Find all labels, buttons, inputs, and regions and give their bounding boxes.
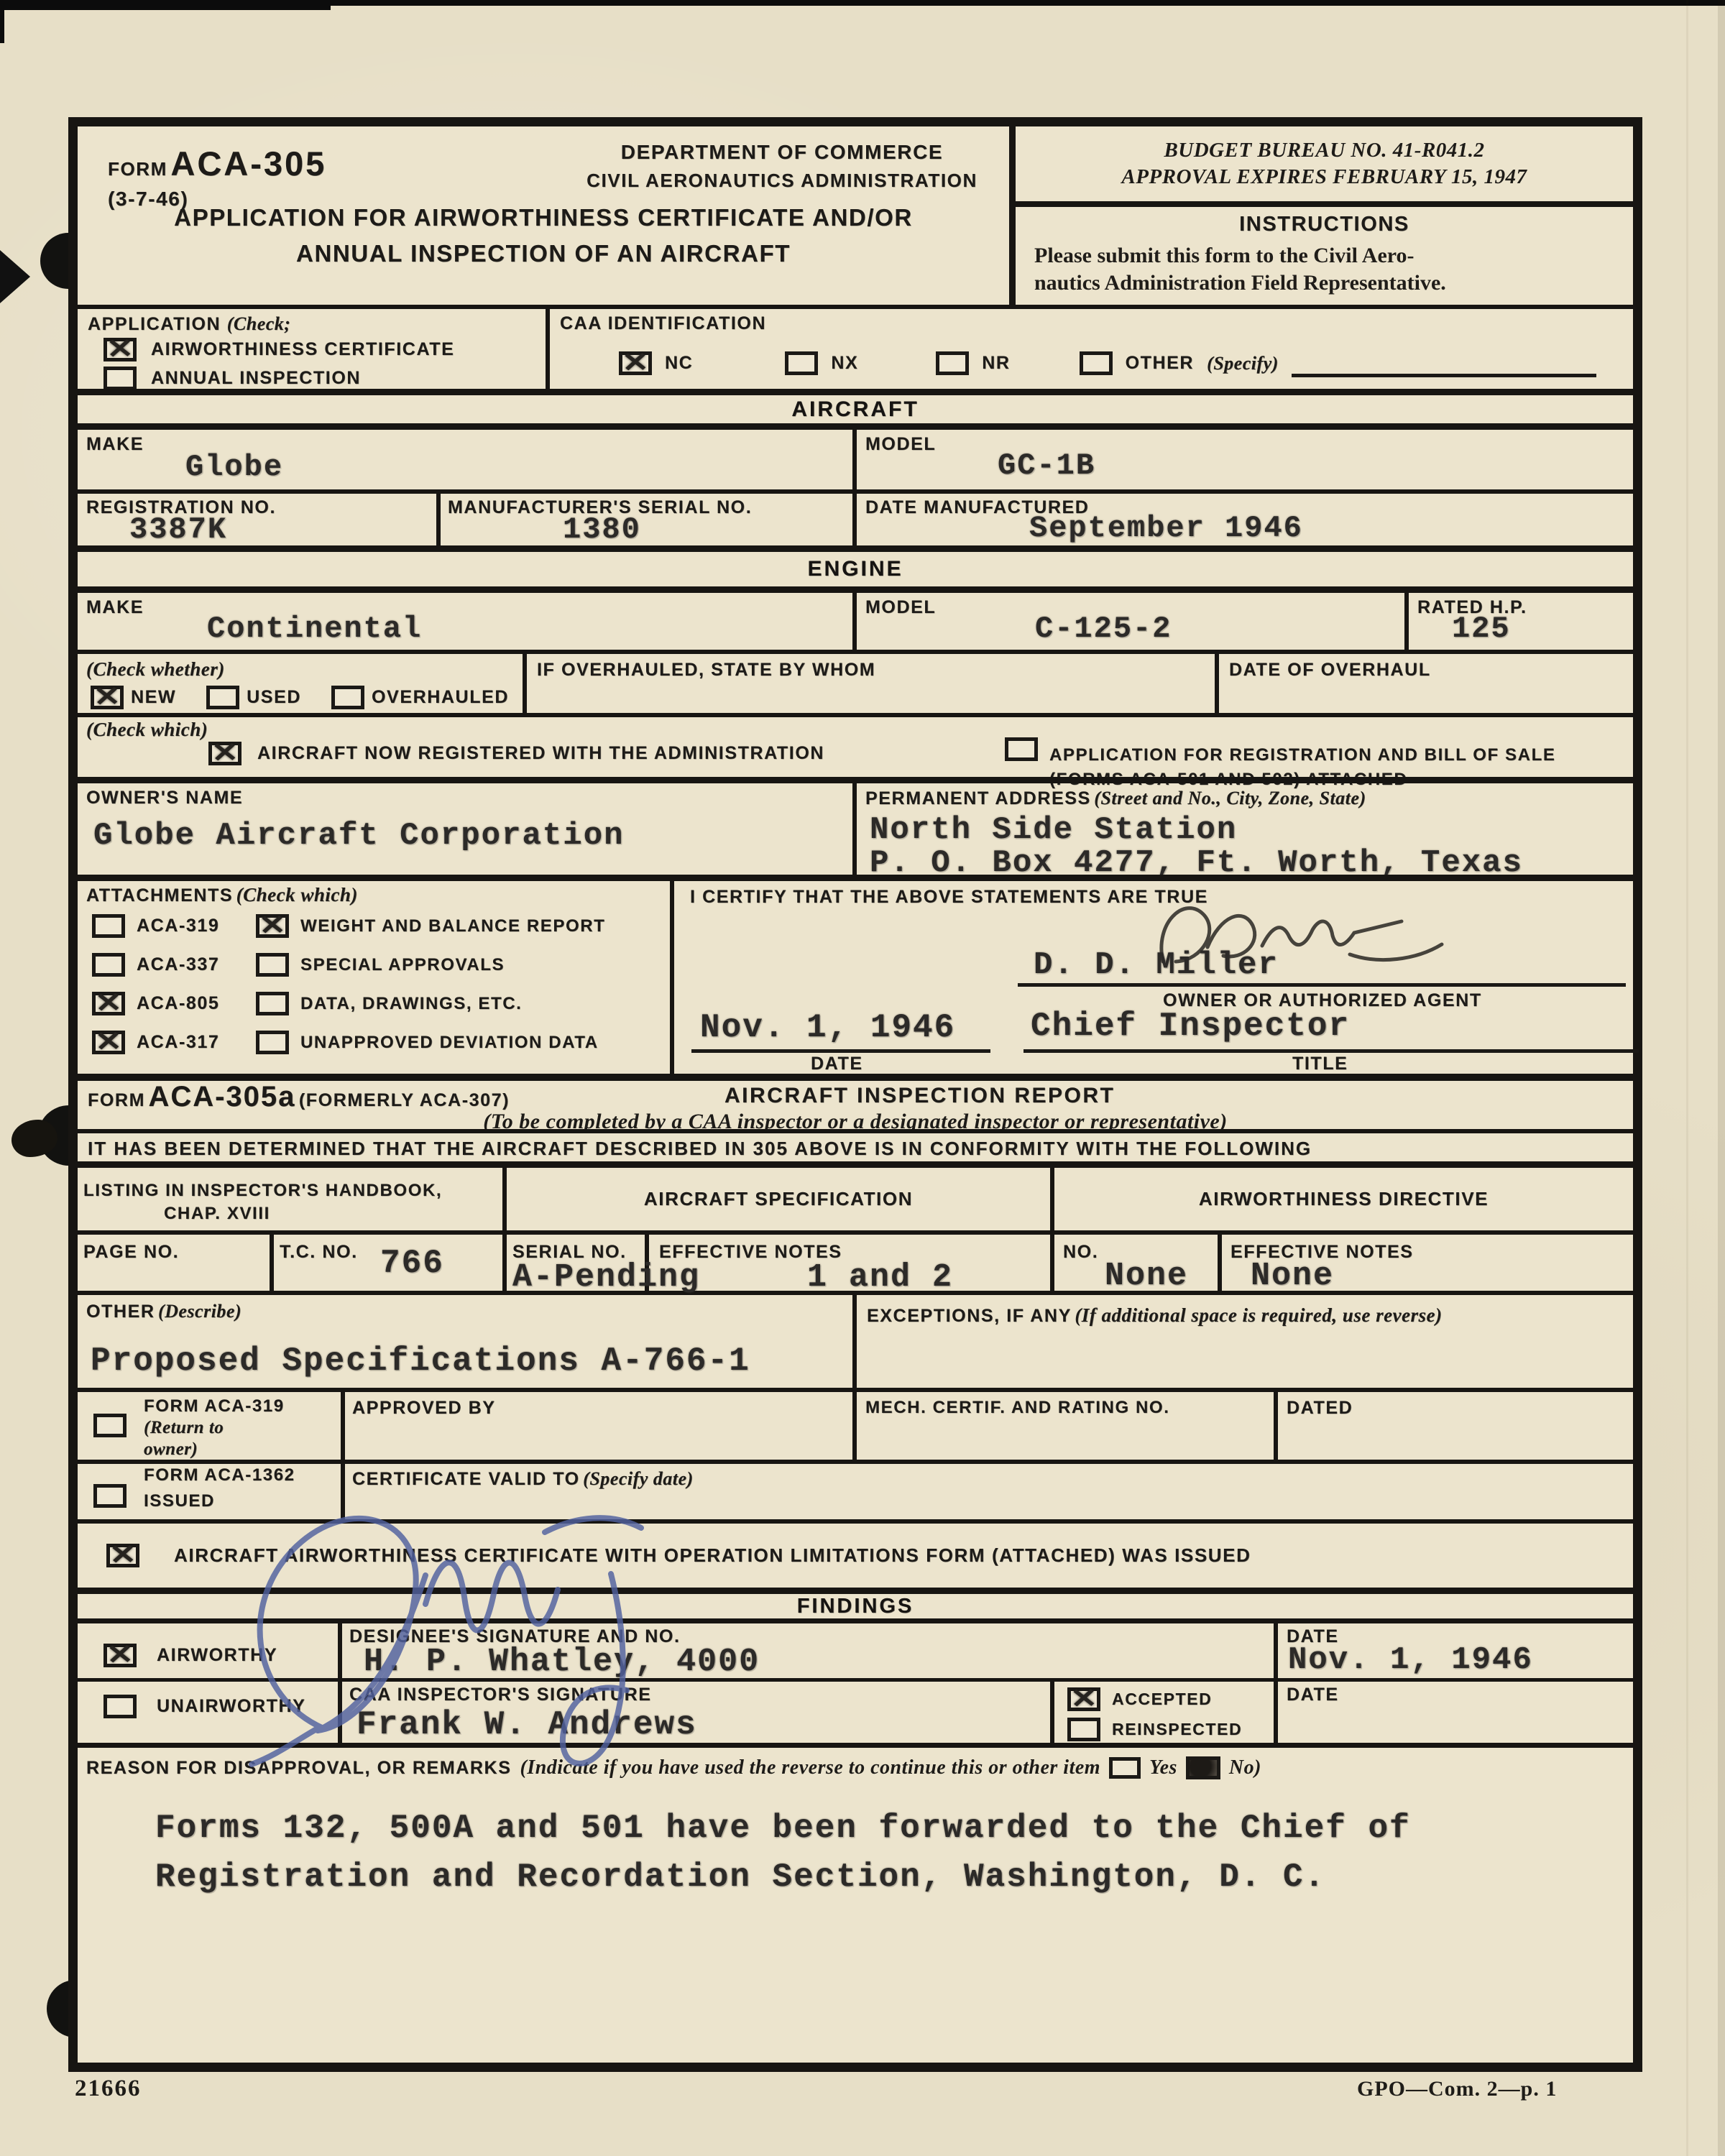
- registration-value: 3387K: [129, 512, 227, 547]
- aircraft-make-value: Globe: [185, 450, 283, 484]
- exceptions-cell: EXCEPTIONS, IF ANY (If additional space …: [852, 1295, 1633, 1388]
- engine-make-value: Continental: [207, 612, 422, 646]
- form-aca-1362-label-block: FORM ACA-1362 ISSUED: [144, 1465, 295, 1511]
- remarks-typed-block: Forms 132, 500A and 501 have been forwar…: [155, 1810, 1411, 1896]
- scan-edge-left: [0, 0, 4, 43]
- other-specify-input[interactable]: [1292, 349, 1596, 377]
- dated-cell: DATED: [1274, 1392, 1633, 1460]
- form-title-line2: ANNUAL INSPECTION OF AN AIRCRAFT: [78, 240, 1009, 267]
- unairworthy-checkbox[interactable]: [103, 1695, 137, 1718]
- scanned-form-page: FORM ACA-305 (3-7-46) DEPARTMENT OF COMM…: [0, 0, 1725, 2156]
- scan-edge-right: [1718, 0, 1725, 2156]
- caa-inspector-label: CAA INSPECTOR'S SIGNATURE: [349, 1685, 652, 1705]
- other-cell: OTHER (Describe) Proposed Specifications…: [78, 1295, 852, 1388]
- caa-identification-cell: CAA IDENTIFICATION NC NX NR OTHER (Speci…: [546, 309, 1633, 389]
- reason-remarks-row: REASON FOR DISAPPROVAL, OR REMARKS (Indi…: [78, 1743, 1633, 2063]
- aircraft-model-cell: MODEL GC-1B: [852, 430, 1633, 489]
- handbook-header-line1: LISTING IN INSPECTOR'S HANDBOOK,: [83, 1181, 442, 1201]
- exceptions-label-note: (If additional space is required, use re…: [1075, 1304, 1442, 1326]
- certificate-valid-note: (Specify date): [583, 1468, 694, 1489]
- engine-condition-cell: (Check whether) NEW USED OVERHAULED: [78, 654, 523, 713]
- owner-signature-typed: D. D. Miller: [1034, 947, 1279, 983]
- aircraft-model-value: GC-1B: [998, 448, 1095, 483]
- caa-options-row: NC NX NR OTHER (Specify): [619, 349, 1611, 377]
- aircraft-spec-col-header: AIRCRAFT SPECIFICATION: [502, 1168, 1050, 1230]
- special-approvals-label: SPECIAL APPROVALS: [300, 955, 505, 975]
- accepted-checkbox[interactable]: [1067, 1687, 1100, 1711]
- aca-317-label: ACA-317: [137, 1032, 244, 1053]
- other-label-note: (Describe): [158, 1301, 241, 1322]
- certify-date-rule: [691, 1049, 990, 1053]
- form-header-right: BUDGET BUREAU NO. 41-R041.2 APPROVAL EXP…: [1009, 126, 1633, 305]
- data-drawings-checkbox[interactable]: [256, 992, 289, 1015]
- scan-edge-top-left: [0, 0, 331, 10]
- aca1362-cell: FORM ACA-1362 ISSUED: [78, 1464, 341, 1519]
- designee-signature-cell: DESIGNEE'S SIGNATURE AND NO. H. P. Whatl…: [338, 1623, 1274, 1678]
- overhauled-by-label: IF OVERHAULED, STATE BY WHOM: [537, 660, 875, 681]
- determination-cell: IT HAS BEEN DETERMINED THAT THE AIRCRAFT…: [78, 1133, 1633, 1161]
- owner-signature-rule: [1018, 983, 1626, 987]
- ad-effective-notes-value: None: [1251, 1258, 1334, 1294]
- overhaul-date-cell: DATE OF OVERHAUL: [1215, 654, 1633, 713]
- spec-serial-cell: SERIAL NO. A-Pending: [502, 1235, 645, 1291]
- inspection-formerly: (FORMERLY ACA-307): [299, 1090, 510, 1110]
- airworthiness-directive-col-header: AIRWORTHINESS DIRECTIVE: [1050, 1168, 1633, 1230]
- owner-name-label: OWNER'S NAME: [86, 788, 243, 808]
- reason-label: REASON FOR DISAPPROVAL, OR REMARKS: [86, 1758, 511, 1779]
- attachments-label: ATTACHMENTS (Check which): [86, 884, 358, 906]
- reason-remarks-cell: REASON FOR DISAPPROVAL, OR REMARKS (Indi…: [78, 1748, 1633, 2063]
- engine-section-band: ENGINE: [78, 545, 1633, 586]
- effective-notes-cell: EFFECTIVE NOTES 1 and 2: [645, 1235, 1050, 1291]
- inspection-form-number: ACA-305a: [148, 1081, 295, 1112]
- weight-balance-label: WEIGHT AND BALANCE REPORT: [300, 916, 605, 936]
- aca-805-label: ACA-805: [137, 993, 244, 1014]
- registered-checkbox[interactable]: [208, 742, 241, 765]
- aca-337-label: ACA-337: [137, 954, 244, 975]
- registration-status-cell: (Check which) AIRCRAFT NOW REGISTERED WI…: [78, 717, 1633, 777]
- aca-337-checkbox[interactable]: [92, 953, 125, 977]
- tc-no-value: 766: [380, 1245, 444, 1282]
- aircraft-registration-row: REGISTRATION NO. 3387K MANUFACTURER'S SE…: [78, 489, 1633, 545]
- registration-cell: REGISTRATION NO. 3387K: [78, 494, 436, 545]
- aca1362-row: FORM ACA-1362 ISSUED CERTIFICATE VALID T…: [78, 1460, 1633, 1519]
- certify-date-label: DATE: [811, 1054, 863, 1074]
- reason-no-label: No): [1229, 1756, 1261, 1779]
- certify-title-rule: [1023, 1049, 1639, 1053]
- annual-inspection-checkbox[interactable]: [103, 367, 137, 390]
- aca-305-form: FORM ACA-305 (3-7-46) DEPARTMENT OF COMM…: [68, 117, 1642, 2072]
- findings-row-1: AIRWORTHY DESIGNEE'S SIGNATURE AND NO. H…: [78, 1618, 1633, 1678]
- aircraft-make-label: MAKE: [86, 434, 144, 455]
- print-order-number: 21666: [75, 2076, 142, 2102]
- instructions-line1: Please submit this form to the Civil Aer…: [1034, 242, 1619, 269]
- attachment-row-2: ACA-805 DATA, DRAWINGS, ETC.: [92, 992, 522, 1015]
- form-word: FORM: [108, 158, 167, 180]
- nr-label: NR: [982, 353, 1010, 374]
- remarks-line2: Registration and Recordation Section, Wa…: [155, 1858, 1411, 1896]
- owner-address-line1: North Side Station: [870, 812, 1237, 848]
- owner-row: OWNER'S NAME Globe Aircraft Corporation …: [78, 777, 1633, 875]
- attachment-row-3: ACA-317 UNAPPROVED DEVIATION DATA: [92, 1031, 599, 1054]
- form-header-row: FORM ACA-305 (3-7-46) DEPARTMENT OF COMM…: [78, 126, 1633, 305]
- engine-make-label: MAKE: [86, 597, 144, 618]
- mech-certif-cell: MECH. CERTIF. AND RATING NO.: [852, 1392, 1274, 1460]
- caa-inspector-typed: Frank W. Andrews: [356, 1706, 697, 1743]
- certificate-issued-row: AIRCRAFT AIRWORTHINESS CERTIFICATE WITH …: [78, 1519, 1633, 1588]
- owner-name-cell: OWNER'S NAME Globe Aircraft Corporation: [78, 783, 852, 875]
- inspection-form-word: FORM: [88, 1090, 145, 1110]
- findings-date-value: Nov. 1, 1946: [1288, 1642, 1533, 1678]
- unapproved-deviation-label: UNAPPROVED DEVIATION DATA: [300, 1033, 599, 1053]
- instructions-title: INSTRUCTIONS: [1016, 213, 1633, 236]
- inspection-header-cell: FORM ACA-305a (FORMERLY ACA-307) AIRCRAF…: [78, 1081, 1633, 1129]
- budget-bureau-box: BUDGET BUREAU NO. 41-R041.2 APPROVAL EXP…: [1016, 126, 1633, 207]
- application-label-note: (Check;: [227, 313, 291, 334]
- engine-new-label: NEW: [131, 687, 176, 708]
- department-line1: DEPARTMENT OF COMMERCE: [566, 141, 998, 164]
- dated-label: DATED: [1287, 1398, 1353, 1419]
- spec-table-header-row: LISTING IN INSPECTOR'S HANDBOOK, CHAP. X…: [78, 1161, 1633, 1230]
- findings-row-2: UNAIRWORTHY CAA INSPECTOR'S SIGNATURE Fr…: [78, 1678, 1633, 1743]
- unairworthy-cell: UNAIRWORTHY: [78, 1682, 338, 1743]
- engine-hp-cell: RATED H.P. 125: [1404, 593, 1633, 650]
- accepted-reinspected-cell: ACCEPTED REINSPECTED: [1050, 1682, 1274, 1743]
- inspection-header-row: FORM ACA-305a (FORMERLY ACA-307) AIRCRAF…: [78, 1074, 1633, 1129]
- application-attached-line1: APPLICATION FOR REGISTRATION AND BILL OF…: [1049, 745, 1555, 765]
- unairworthy-label: UNAIRWORTHY: [157, 1696, 305, 1717]
- attachments-cell: ATTACHMENTS (Check which) ACA-319 WEIGHT…: [78, 881, 670, 1074]
- caa-identification-label: CAA IDENTIFICATION: [560, 313, 766, 334]
- special-approvals-checkbox[interactable]: [256, 953, 289, 977]
- application-label: APPLICATION (Check;: [88, 313, 290, 335]
- date-manufactured-cell: DATE MANUFACTURED September 1946: [852, 494, 1633, 545]
- page-no-label: PAGE NO.: [83, 1242, 179, 1263]
- instructions-line2: nautics Administration Field Representat…: [1034, 269, 1619, 297]
- certify-title-label: TITLE: [1292, 1054, 1348, 1074]
- aircraft-section-band: AIRCRAFT: [78, 389, 1633, 423]
- engine-used-label: USED: [247, 687, 301, 708]
- nx-label: NX: [831, 353, 858, 374]
- airworthy-label: AIRWORTHY: [157, 1645, 277, 1666]
- certificate-valid-cell: CERTIFICATE VALID TO (Specify date): [341, 1464, 1633, 1519]
- engine-overhauled-checkbox[interactable]: [331, 686, 364, 709]
- aircraft-make-cell: MAKE Globe: [78, 430, 852, 489]
- engine-model-cell: MODEL C-125-2: [852, 593, 1404, 650]
- engine-hp-value: 125: [1452, 612, 1511, 646]
- engine-model-label: MODEL: [865, 597, 936, 618]
- gpo-imprint: GPO—Com. 2—p. 1: [1357, 2077, 1557, 2101]
- airworthy-checkbox[interactable]: [103, 1644, 137, 1667]
- findings-date2-label: DATE: [1287, 1685, 1339, 1705]
- engine-condition-options: NEW USED OVERHAULED: [91, 686, 509, 709]
- reinspected-label: REINSPECTED: [1112, 1720, 1242, 1739]
- form-title-line1: APPLICATION FOR AIRWORTHINESS CERTIFICAT…: [78, 204, 1009, 231]
- engine-make-cell: MAKE Continental: [78, 593, 852, 650]
- certificate-valid-label: CERTIFICATE VALID TO (Specify date): [352, 1468, 694, 1490]
- instructions-box: INSTRUCTIONS Please submit this form to …: [1016, 207, 1633, 296]
- attachment-row-1: ACA-337 SPECIAL APPROVALS: [92, 953, 505, 977]
- other-exceptions-row: OTHER (Describe) Proposed Specifications…: [78, 1291, 1633, 1388]
- owner-address-cell: PERMANENT ADDRESS (Street and No., City,…: [852, 783, 1633, 875]
- engine-condition-row: (Check whether) NEW USED OVERHAULED IF O…: [78, 650, 1633, 713]
- registered-label: AIRCRAFT NOW REGISTERED WITH THE ADMINIS…: [257, 743, 824, 764]
- application-attached-checkbox[interactable]: [1005, 737, 1038, 761]
- findings-title: FINDINGS: [78, 1595, 1633, 1618]
- engine-section-title: ENGINE: [78, 557, 1633, 581]
- aircraft-model-label: MODEL: [865, 434, 936, 455]
- inspection-title: AIRCRAFT INSPECTION REPORT: [724, 1084, 1115, 1108]
- reason-yes-checkbox[interactable]: [1109, 1757, 1141, 1779]
- form-aca-319-checkbox[interactable]: [93, 1414, 126, 1437]
- weight-balance-checkbox[interactable]: [256, 914, 289, 938]
- attachment-row-0: ACA-319 WEIGHT AND BALANCE REPORT: [92, 914, 605, 938]
- aca319-return-cell: FORM ACA-319 (Return to owner): [78, 1392, 341, 1460]
- annual-inspection-option: ANNUAL INSPECTION: [103, 367, 361, 390]
- ad-effective-notes-cell: EFFECTIVE NOTES None: [1218, 1235, 1633, 1291]
- determination-band: IT HAS BEEN DETERMINED THAT THE AIRCRAFT…: [78, 1129, 1633, 1161]
- certify-statement: I CERTIFY THAT THE ABOVE STATEMENTS ARE …: [690, 887, 1208, 908]
- handbook-col-header: LISTING IN INSPECTOR'S HANDBOOK, CHAP. X…: [78, 1168, 502, 1230]
- nr-checkbox[interactable]: [936, 351, 969, 375]
- certificate-issued-cell: AIRCRAFT AIRWORTHINESS CERTIFICATE WITH …: [78, 1524, 1633, 1588]
- registration-status-row: (Check which) AIRCRAFT NOW REGISTERED WI…: [78, 713, 1633, 777]
- edge-arrow-mark: [0, 250, 30, 303]
- budget-line2: APPROVAL EXPIRES FEBRUARY 15, 1947: [1016, 165, 1633, 189]
- findings-date-cell: DATE Nov. 1, 1946: [1274, 1623, 1633, 1678]
- data-drawings-label: DATA, DRAWINGS, ETC.: [300, 994, 522, 1014]
- designee-signature-typed: H. P. Whatley, 4000: [364, 1644, 760, 1680]
- check-which-label: (Check which): [86, 719, 208, 741]
- exceptions-label: EXCEPTIONS, IF ANY (If additional space …: [857, 1295, 1633, 1329]
- form-header-left: FORM ACA-305 (3-7-46) DEPARTMENT OF COMM…: [78, 126, 1009, 305]
- department-line2: CIVIL AERONAUTICS ADMINISTRATION: [566, 170, 998, 192]
- mech-certif-label: MECH. CERTIF. AND RATING NO.: [865, 1398, 1169, 1418]
- date-manufactured-value: September 1946: [1029, 511, 1303, 545]
- annual-inspection-label: ANNUAL INSPECTION: [151, 368, 361, 389]
- accepted-option: ACCEPTED: [1067, 1687, 1212, 1711]
- owner-address-label: PERMANENT ADDRESS (Street and No., City,…: [865, 788, 1366, 809]
- form-title: APPLICATION FOR AIRWORTHINESS CERTIFICAT…: [78, 204, 1009, 267]
- aca319-return-row: FORM ACA-319 (Return to owner) APPROVED …: [78, 1388, 1633, 1460]
- aircraft-make-model-row: MAKE Globe MODEL GC-1B: [78, 423, 1633, 489]
- determination-text: IT HAS BEEN DETERMINED THAT THE AIRCRAFT…: [88, 1138, 1312, 1160]
- reason-no-checkbox[interactable]: [1186, 1756, 1220, 1779]
- overhauled-by-cell: IF OVERHAULED, STATE BY WHOM: [523, 654, 1215, 713]
- form-number-block: FORM ACA-305 (3-7-46): [108, 144, 326, 211]
- attachments-certify-row: ATTACHMENTS (Check which) ACA-319 WEIGHT…: [78, 875, 1633, 1074]
- airworthy-cell: AIRWORTHY: [78, 1623, 338, 1678]
- other-label: OTHER: [1126, 353, 1195, 374]
- reason-line: REASON FOR DISAPPROVAL, OR REMARKS (Indi…: [86, 1756, 1617, 1779]
- certificate-issued-checkbox[interactable]: [106, 1544, 139, 1567]
- reinspected-option: REINSPECTED: [1067, 1718, 1242, 1741]
- paper-crease: [1686, 0, 1688, 2156]
- ad-no-value: None: [1105, 1258, 1188, 1294]
- certification-cell: I CERTIFY THAT THE ABOVE STATEMENTS ARE …: [670, 881, 1633, 1074]
- nc-label: NC: [665, 353, 693, 374]
- airworthiness-certificate-label: AIRWORTHINESS CERTIFICATE: [151, 339, 454, 360]
- instructions-body: Please submit this form to the Civil Aer…: [1016, 236, 1633, 296]
- aca-317-checkbox[interactable]: [92, 1031, 125, 1054]
- serial-value: 1380: [563, 512, 641, 547]
- airworthiness-certificate-checkbox[interactable]: [103, 338, 137, 361]
- airworthiness-certificate-option: AIRWORTHINESS CERTIFICATE: [103, 338, 454, 361]
- attachments-label-note: (Check which): [236, 884, 358, 906]
- reason-label-note: (Indicate if you have used the reverse t…: [520, 1756, 1100, 1779]
- page-no-cell: PAGE NO.: [78, 1235, 270, 1291]
- handbook-header-line2: CHAP. XVIII: [164, 1204, 270, 1224]
- ad-no-label: NO.: [1063, 1242, 1098, 1263]
- aca-805-checkbox[interactable]: [92, 992, 125, 1015]
- engine-make-row: MAKE Continental MODEL C-125-2 RATED H.P…: [78, 586, 1633, 650]
- aca-319-checkbox[interactable]: [92, 914, 125, 938]
- accepted-label: ACCEPTED: [1112, 1690, 1212, 1709]
- other-label: OTHER (Describe): [86, 1301, 241, 1322]
- engine-model-value: C-125-2: [1035, 612, 1172, 646]
- registered-option: AIRCRAFT NOW REGISTERED WITH THE ADMINIS…: [208, 742, 824, 765]
- engine-new-checkbox[interactable]: [91, 686, 124, 709]
- application-cell: APPLICATION (Check; AIRWORTHINESS CERTIF…: [78, 309, 546, 389]
- tc-no-cell: T.C. NO. 766: [270, 1235, 502, 1291]
- spec-serial-value: A-Pending: [512, 1259, 700, 1296]
- certificate-issued-label: AIRCRAFT AIRWORTHINESS CERTIFICATE WITH …: [174, 1544, 1251, 1567]
- caa-inspector-signature-cell: CAA INSPECTOR'S SIGNATURE Frank W. Andre…: [338, 1682, 1050, 1743]
- owner-name-value: Globe Aircraft Corporation: [93, 818, 625, 854]
- overhaul-date-label: DATE OF OVERHAUL: [1229, 660, 1431, 681]
- certify-date-value: Nov. 1, 1946: [700, 1009, 955, 1046]
- aca-319-label: ACA-319: [137, 916, 244, 936]
- reason-yes-label: Yes: [1149, 1756, 1177, 1779]
- certify-title-value: Chief Inspector: [1031, 1008, 1350, 1045]
- application-caa-row: APPLICATION (Check; AIRWORTHINESS CERTIF…: [78, 305, 1633, 389]
- serial-cell: MANUFACTURER'S SERIAL NO. 1380: [436, 494, 852, 545]
- engine-used-checkbox[interactable]: [206, 686, 239, 709]
- form-number: ACA-305: [170, 144, 326, 183]
- check-whether-label: (Check whether): [86, 658, 225, 681]
- form-aca-1362-checkbox[interactable]: [93, 1484, 126, 1508]
- other-value: Proposed Specifications A-766-1: [91, 1342, 750, 1380]
- approved-by-label: APPROVED BY: [352, 1398, 496, 1419]
- reinspected-checkbox[interactable]: [1067, 1718, 1100, 1741]
- remarks-line1: Forms 132, 500A and 501 have been forwar…: [155, 1810, 1411, 1847]
- ad-no-cell: NO. None: [1050, 1235, 1218, 1291]
- nx-checkbox[interactable]: [785, 351, 818, 375]
- other-checkbox[interactable]: [1080, 351, 1113, 375]
- aircraft-section-title: AIRCRAFT: [78, 397, 1633, 422]
- findings-band: FINDINGS: [78, 1588, 1633, 1618]
- other-specify-note: (Specify): [1207, 353, 1279, 374]
- engine-overhauled-label: OVERHAULED: [372, 687, 509, 708]
- spec-values-row: PAGE NO. T.C. NO. 766 SERIAL NO. A-Pendi…: [78, 1230, 1633, 1291]
- budget-line1: BUDGET BUREAU NO. 41-R041.2: [1016, 139, 1633, 162]
- owner-address-label-note: (Street and No., City, Zone, State): [1094, 788, 1366, 808]
- tc-no-label: T.C. NO.: [280, 1242, 358, 1263]
- findings-date2-cell: DATE: [1274, 1682, 1633, 1743]
- unapproved-deviation-checkbox[interactable]: [256, 1031, 289, 1054]
- approved-by-cell: APPROVED BY: [341, 1392, 852, 1460]
- form-aca-319-label-block: FORM ACA-319 (Return to owner): [144, 1396, 285, 1460]
- department-block: DEPARTMENT OF COMMERCE CIVIL AERONAUTICS…: [566, 141, 998, 192]
- nc-checkbox[interactable]: [619, 351, 652, 375]
- inspection-form-number-block: FORM ACA-305a (FORMERLY ACA-307): [88, 1081, 510, 1113]
